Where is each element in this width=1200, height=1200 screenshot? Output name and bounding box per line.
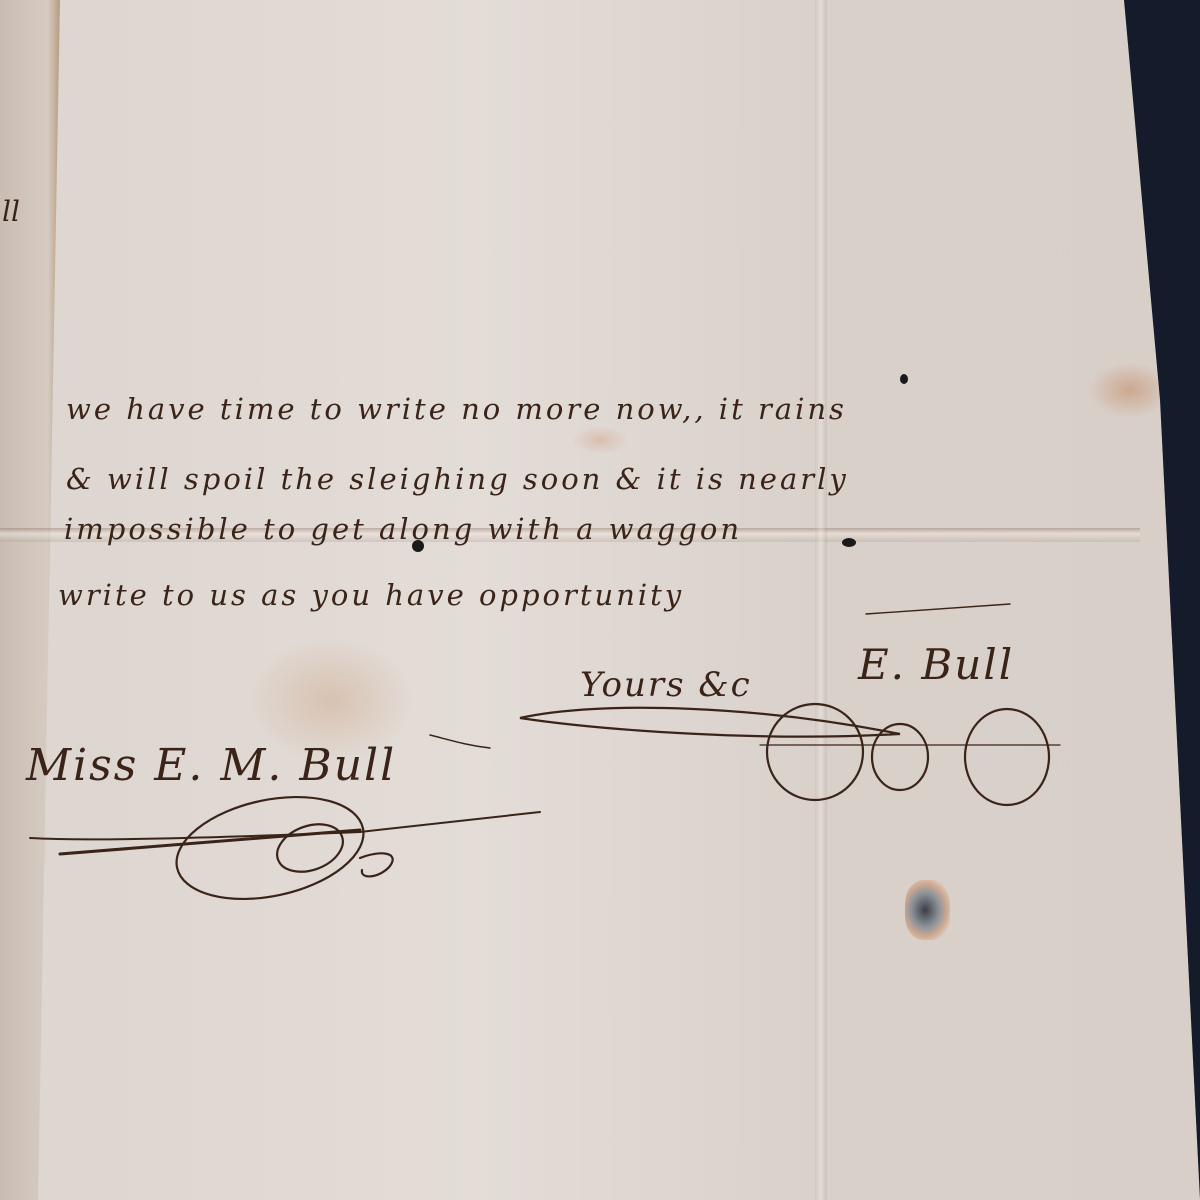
vertical-fold-crease xyxy=(815,0,827,1200)
letter-line-3: impossible to get along with a waggon xyxy=(64,512,742,546)
addressee-name: Miss E. M. Bull xyxy=(26,740,396,791)
paper-hole xyxy=(842,538,856,547)
paper-hole xyxy=(900,374,908,384)
folded-left-flap xyxy=(0,0,60,1200)
left-flap-fragment-text: ll xyxy=(2,195,20,228)
signature-name: E. Bull xyxy=(858,640,1014,689)
letter-line-4: write to us as you have opportunity xyxy=(58,578,684,612)
letter-line-2: & will spoil the sleighing soon & it is … xyxy=(66,462,849,496)
burn-stain xyxy=(905,880,950,940)
letter-line-1: we have time to write no more now,, it r… xyxy=(66,392,847,426)
closing-text: Yours &c xyxy=(580,665,752,705)
